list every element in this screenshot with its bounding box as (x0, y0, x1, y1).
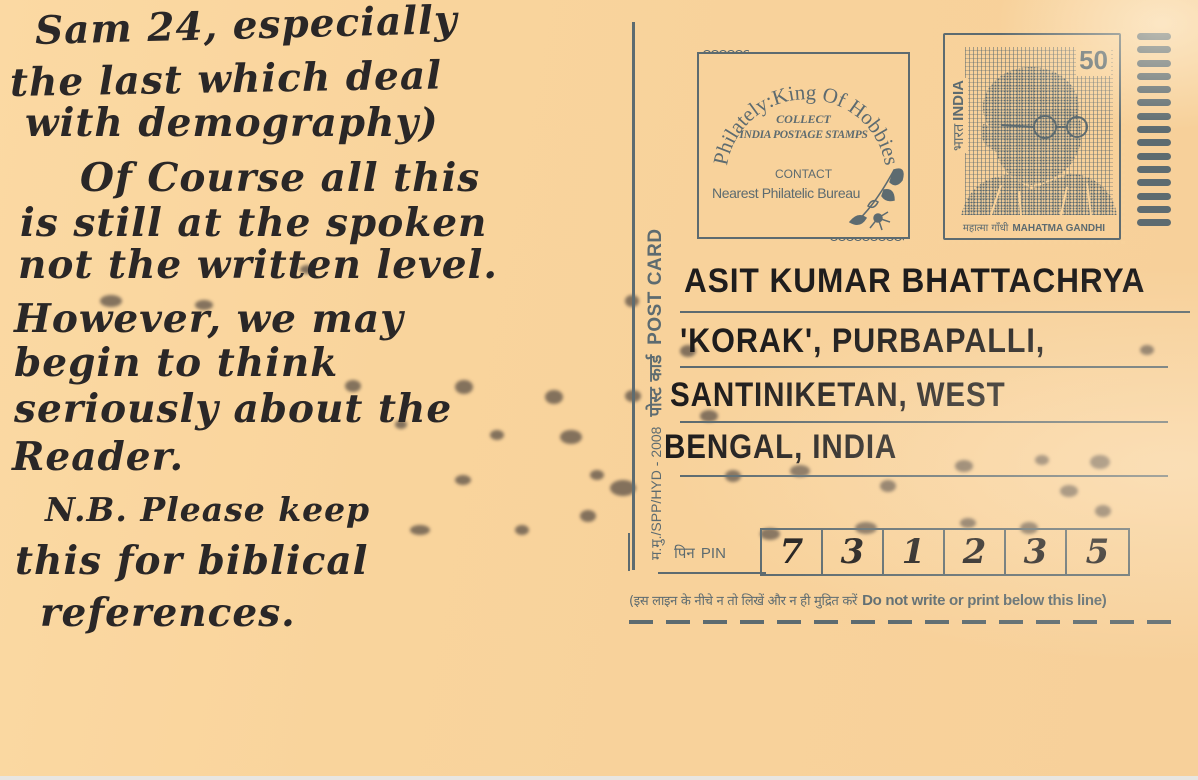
message-line: is still at the spoken (20, 200, 487, 246)
stamp-country: भारतINDIA (949, 78, 968, 153)
pin-code-boxes: 7 3 1 2 3 5 (760, 528, 1130, 576)
address-rule (680, 421, 1168, 423)
address-rule (680, 311, 1190, 313)
message-line: begin to think (14, 340, 338, 386)
postcard-label-hindi: पोस्ट कार्ड (643, 355, 666, 417)
perforation-decoration (703, 46, 749, 54)
message-line: not the written level. (18, 242, 498, 288)
address-line: BENGAL, INDIA (664, 428, 897, 467)
caption-english: MAHATMA GANDHI (1012, 223, 1105, 234)
pin-digit: 1 (884, 530, 945, 574)
message-line: references. (40, 590, 296, 636)
scan-background (0, 776, 1198, 780)
address-rule (680, 366, 1168, 368)
message-line: with demography) (25, 100, 439, 146)
postcard-label: POST CARD (645, 228, 667, 344)
gandhi-portrait-icon (961, 57, 1117, 215)
pin-label-hindi: पिन (674, 544, 695, 562)
dashed-cut-line (629, 620, 1177, 624)
address-line: ASIT KUMAR BHATTACHRYA (684, 262, 1145, 301)
philately-advert: Philately:King Of Hobbies COLLECT INDIA … (697, 52, 910, 239)
collect-label: COLLECT (699, 112, 908, 127)
pin-digit: 5 (1067, 530, 1128, 574)
handwritten-message: Sam 24, especially the last which deal w… (0, 0, 630, 700)
pin-digit: 3 (1006, 530, 1067, 574)
message-line: Sam 24, especially (34, 0, 458, 54)
address-rule (680, 475, 1168, 477)
pin-underline (658, 572, 766, 574)
do-not-write-notice: (इस लाइन के नीचे न तो लिखें और न ही मुद्… (629, 591, 1107, 609)
message-line: the last which deal (10, 52, 443, 106)
message-line: Of Course all this (80, 155, 480, 201)
caption-hindi: महात्मा गाँधी (963, 223, 1008, 234)
address-line: 'KORAK', PURBAPALLI, (680, 322, 1045, 361)
collect-stamps-label: INDIA POSTAGE STAMPS (699, 129, 908, 141)
postcard: Sam 24, especially the last which deal w… (0, 0, 1198, 776)
message-line: N.B. Please keep (45, 490, 370, 529)
address-line: SANTINIKETAN, WEST (670, 376, 1006, 415)
notice-hindi: (इस लाइन के नीचे न तो लिखें और न ही मुद्… (629, 594, 857, 609)
stamp-value: 50 (1076, 45, 1111, 76)
country-english: INDIA (950, 80, 967, 121)
stamp-caption: महात्मा गाँधीMAHATMA GANDHI (951, 220, 1117, 234)
pin-left-mark (628, 533, 630, 571)
pin-digit: 3 (823, 530, 884, 574)
message-line: Reader. (12, 434, 184, 480)
pin-digit: 2 (945, 530, 1006, 574)
message-line: seriously about the (14, 386, 452, 432)
country-hindi: भारत (951, 124, 967, 151)
center-divider (632, 22, 635, 570)
perforation-decoration (830, 237, 904, 245)
message-line: However, we may (14, 296, 404, 342)
message-line: this for biblical (15, 538, 368, 584)
franking-bars (1137, 33, 1173, 232)
pin-label: पिन PIN (674, 543, 726, 563)
postage-stamp: 50 भारतINDIA महात्मा गाँधीMAHATMA GANDHI (943, 33, 1121, 240)
pin-label-english: PIN (701, 545, 726, 562)
notice-english: Do not write or print below this line) (862, 592, 1106, 609)
pin-digit: 7 (762, 530, 823, 574)
flower-icon (844, 162, 908, 234)
postcard-imprint: म.मु./SPP/HYD - 2008 पोस्ट कार्ड POST CA… (643, 80, 667, 560)
bureau-label: Nearest Philatelic Bureau (712, 185, 860, 201)
